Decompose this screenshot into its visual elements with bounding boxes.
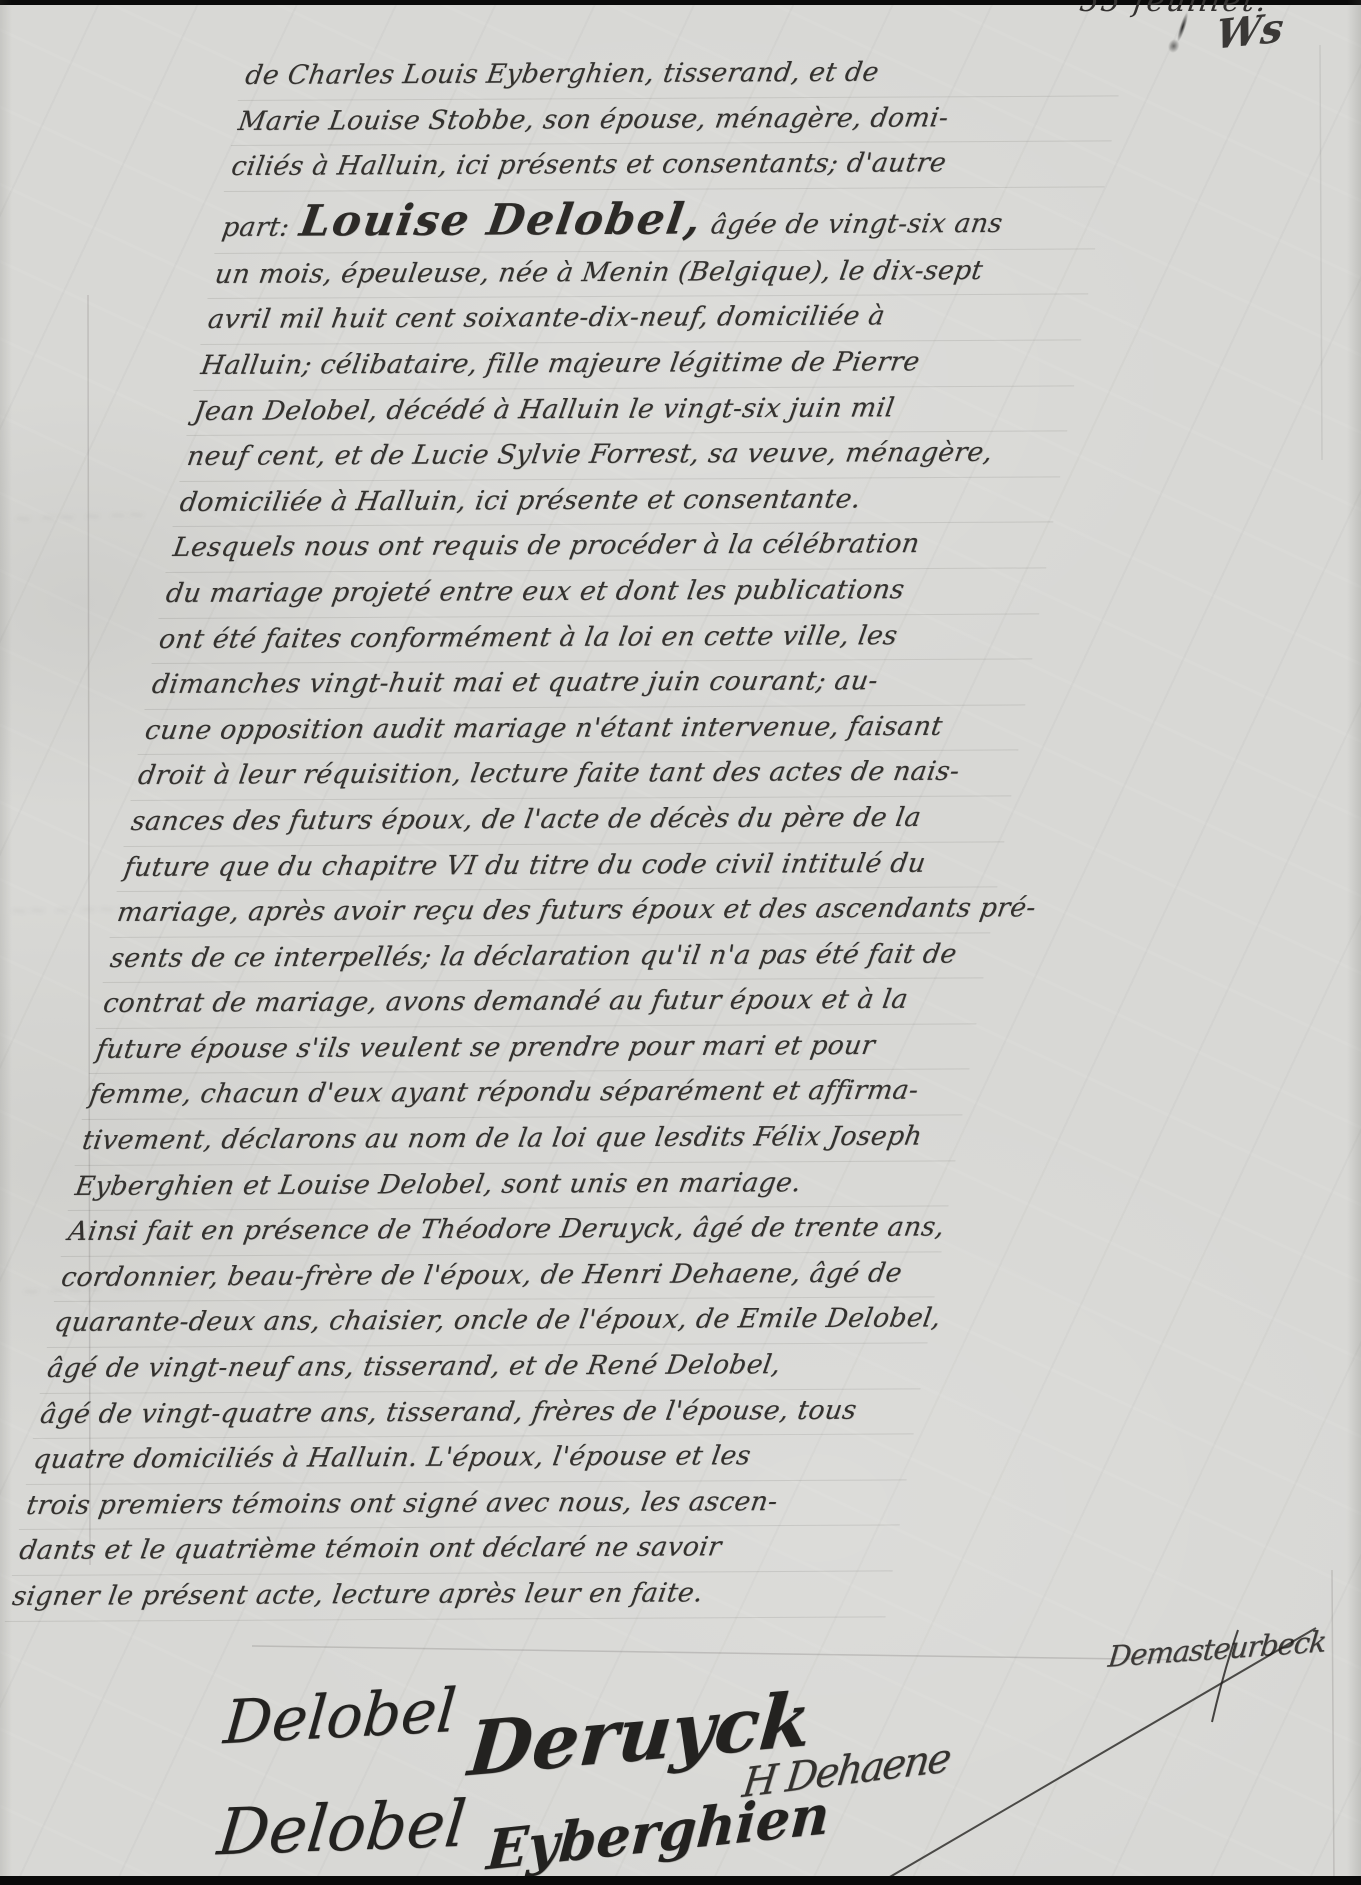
scan-edge-left-shade (0, 0, 12, 1885)
act-line: Marie Louise Stobbe, son épouse, ménagèr… (234, 101, 1154, 151)
act-line: âgé de vingt-neuf ans, tisserand, et de … (43, 1348, 963, 1398)
act-line: cordonnier, beau-frère de l'époux, de He… (57, 1257, 977, 1307)
act-line: ont été faites conformément à la loi en … (155, 619, 1075, 669)
act-body-text: de Charles Louis Eyberghien, tisserand, … (8, 55, 1161, 1626)
signature-eyberghien-groom: Eyberghien (485, 1782, 832, 1883)
act-line: Ainsi fait en présence de Théodore Deruy… (64, 1211, 984, 1261)
scan-edge-right-shade (1347, 0, 1361, 1885)
act-line: quatre domiciliés à Halluin. L'époux, l'… (29, 1439, 949, 1489)
act-line: avril mil huit cent soixante-dix-neuf, d… (204, 300, 1124, 350)
act-line: un mois, épeuleuse, née à Menin (Belgiqu… (211, 254, 1131, 304)
act-line: Jean Delobel, décédé à Halluin le vingt-… (190, 391, 1110, 441)
act-line: signer le présent acte, lecture après le… (8, 1576, 928, 1626)
scan-edge-bottom (0, 1876, 1361, 1885)
signature-delobel-bride: Delobel (221, 1676, 459, 1759)
act-line: femme, chacun d'eux ayant répondu séparé… (85, 1075, 1005, 1125)
line-prefix: part: (220, 211, 292, 242)
act-line: droit à leur réquisition, lecture faite … (134, 756, 1054, 806)
line-suffix: âgée de vingt-six ans (709, 208, 1005, 241)
act-line: du mariage projeté entre eux et dont les… (162, 573, 1082, 623)
act-line: domiciliée à Halluin, ici présente et co… (176, 482, 1096, 532)
act-line: Halluin; célibataire, fille majeure légi… (197, 345, 1117, 395)
act-line: future épouse s'ils veulent se prendre p… (92, 1029, 1012, 1079)
act-line: trois premiers témoins ont signé avec no… (22, 1485, 942, 1535)
act-line: ciliés à Halluin, ici présents et consen… (227, 146, 1147, 196)
scanned-register-page: 55 feuillet. Ws ~ ~~ ~ ~~ ~~ ~ ~~~ ~ ~~~… (0, 0, 1361, 1885)
right-margin-line-bottom (1332, 1570, 1334, 1885)
signature-delobel-witness: Delobel (214, 1788, 469, 1871)
act-line: mariage, après avoir reçu des futurs épo… (113, 892, 1033, 942)
act-line: de Charles Louis Eyberghien, tisserand, … (241, 55, 1161, 105)
act-line: neuf cent, et de Lucie Sylvie Forrest, s… (183, 436, 1103, 486)
act-line: dants et le quatrième témoin ont déclaré… (15, 1531, 935, 1581)
signature-rule-line (252, 1646, 1192, 1660)
act-line: cune opposition audit mariage n'étant in… (141, 710, 1061, 760)
act-line: contrat de mariage, avons demandé au fut… (99, 983, 1019, 1033)
act-line: future que du chapitre VI du titre du co… (120, 847, 1040, 897)
act-line: Eyberghien et Louise Delobel, sont unis … (71, 1166, 991, 1216)
bride-name: Louise Delobel, (286, 194, 715, 246)
act-line: âgé de vingt-quatre ans, tisserand, frèr… (36, 1394, 956, 1444)
act-line: sances des futurs époux, de l'acte de dé… (127, 801, 1047, 851)
act-line: sents de ce interpellés; la déclaration … (106, 938, 1026, 988)
act-line: Lesquels nous ont requis de procéder à l… (169, 528, 1089, 578)
act-line: tivement, déclarons au nom de la loi que… (78, 1120, 998, 1170)
bleedthrough-smudge: ~ ~~ ~ ~~ (14, 503, 146, 533)
act-line: dimanches vingt-huit mai et quatre juin … (148, 664, 1068, 714)
act-line: quarante-deux ans, chaisier, oncle de l'… (50, 1303, 970, 1353)
clerk-initials-paraph: Ws (1214, 4, 1286, 59)
act-line-bride-name: part:Louise Delobel,âgée de vingt-six an… (218, 192, 1140, 259)
right-margin-line-top (1320, 45, 1322, 460)
officiant-signature: Demasteurbeck (1106, 1624, 1327, 1674)
